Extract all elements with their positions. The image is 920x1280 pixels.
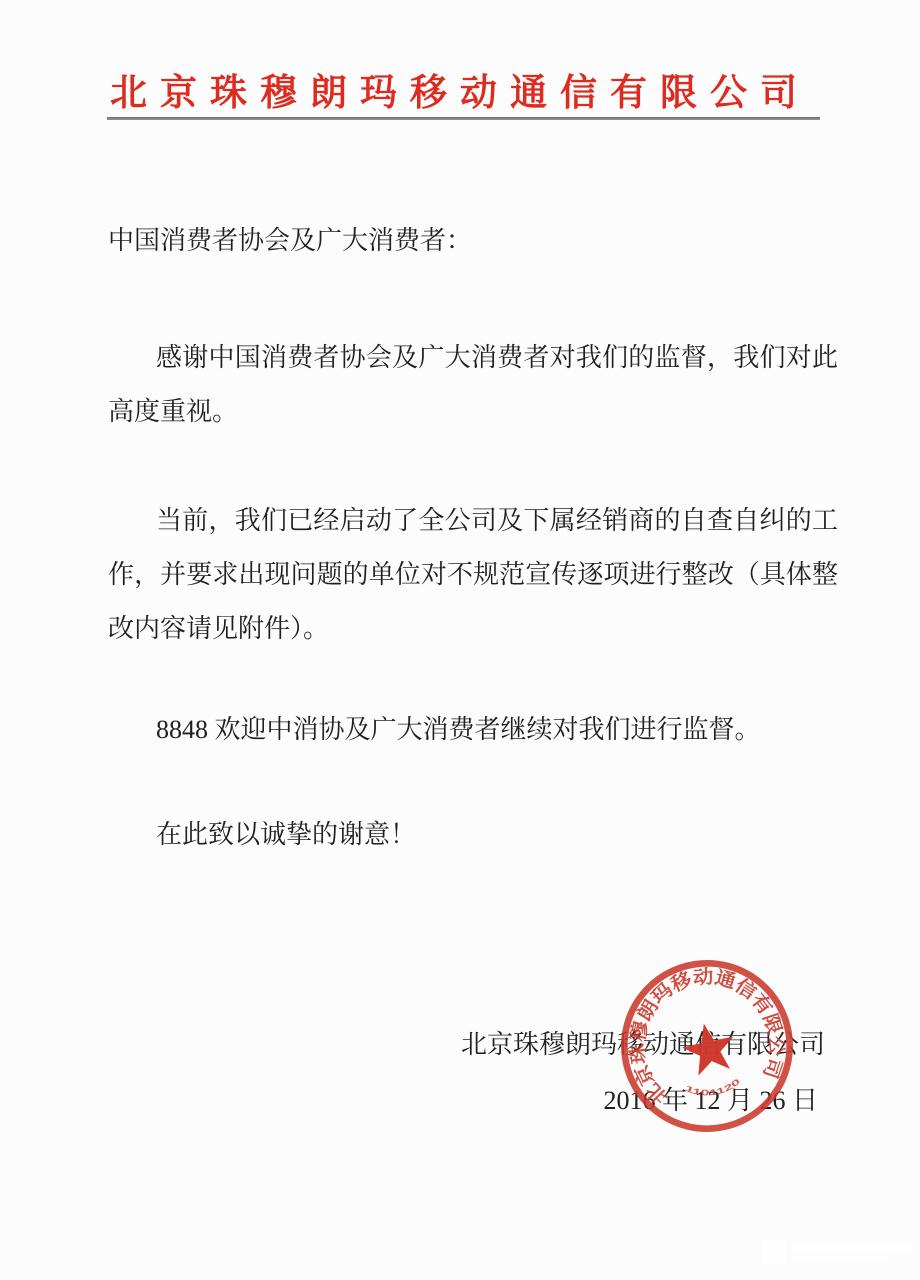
watermark <box>762 1238 912 1266</box>
letterhead-divider <box>107 117 820 120</box>
paragraph-welcome-supervision: 8848 欢迎中消协及广大消费者继续对我们进行监督。 <box>108 703 838 757</box>
paragraph-self-inspection: 当前，我们已经启动了全公司及下属经销商的自查自纠的工作，并要求出现问题的单位对不… <box>108 494 838 656</box>
signature-date: 2016 年 12 月 26 日 <box>603 1074 818 1128</box>
salutation: 中国消费者协会及广大消费者： <box>108 214 838 268</box>
signature-company-name: 北京珠穆朗玛移动通信有限公司 <box>461 1018 825 1072</box>
letter-page: 北京珠穆朗玛移动通信有限公司 中国消费者协会及广大消费者： 感谢中国消费者协会及… <box>0 0 920 1280</box>
paragraph-thanks: 感谢中国消费者协会及广大消费者对我们的监督，我们对此高度重视。 <box>108 331 838 439</box>
paragraph-gratitude: 在此致以诚挚的谢意！ <box>108 808 838 862</box>
watermark-bar <box>792 1243 912 1252</box>
letterhead-company-title: 北京珠穆朗玛移动通信有限公司 <box>0 62 920 116</box>
watermark-text-shape <box>792 1243 912 1261</box>
watermark-bar <box>792 1256 888 1261</box>
watermark-logo-icon <box>762 1240 786 1264</box>
